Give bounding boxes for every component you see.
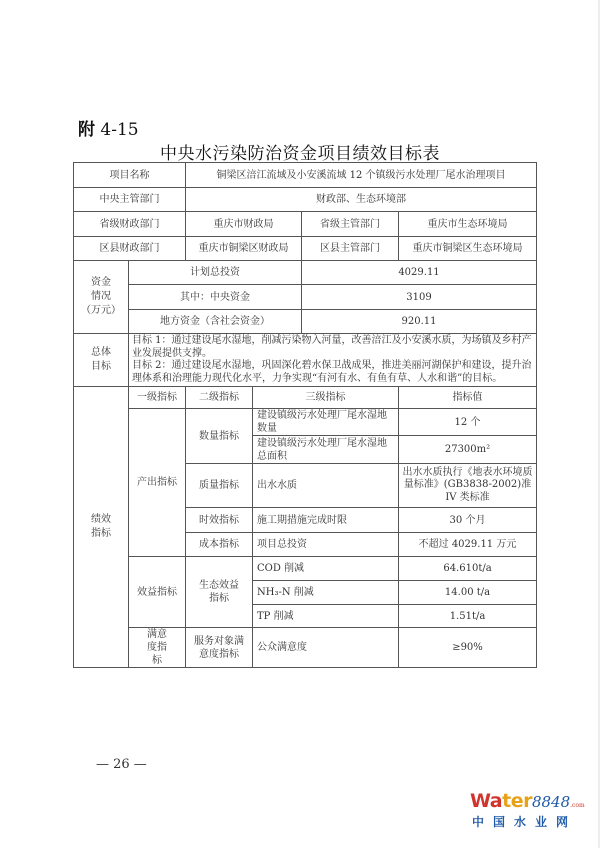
performance-header-row: 绩效 指标 一级指标 二级指标 三级指标 指标值: [74, 387, 537, 409]
annex-number: 4-15: [100, 120, 138, 140]
prov-finance-value: 重庆市财政局: [186, 212, 302, 237]
benefit-indicator-label: 效益指标: [129, 557, 186, 628]
indicator-text: 项目总投资: [253, 533, 399, 557]
prov-dept-label: 省级主管部门: [302, 212, 399, 237]
row-county: 区县财政部门 重庆市铜梁区财政局 区县主管部门 重庆市铜梁区生态环境局: [74, 237, 537, 261]
funding-section-label: 资金 情况 （万元）: [74, 261, 129, 334]
logo-suffix: .com: [570, 802, 585, 809]
row-central-dept: 中央主管部门 财政部、生态环境部: [74, 188, 537, 212]
prov-finance-label: 省级财政部门: [74, 212, 186, 237]
overall-goal-label: 总体 目标: [74, 334, 129, 387]
cost-indicator-label: 成本指标: [186, 533, 253, 557]
project-name-value: 铜梁区涪江流域及小安溪流域 12 个镇级污水处理厂尾水治理项目: [186, 163, 537, 188]
funding-label-line2: 情况: [78, 290, 124, 304]
funding-label-line3: （万元）: [78, 304, 124, 318]
logo-chinese: 中国水业网: [470, 813, 595, 830]
county-finance-value: 重庆市铜梁区财政局: [186, 237, 302, 261]
indicator-value: 30 个月: [399, 508, 537, 533]
logo-number: 8848: [532, 793, 570, 811]
annex-label: 附 4-15: [78, 115, 139, 140]
indicator-text: 出水水质: [253, 464, 399, 508]
county-dept-value: 重庆市铜梁区生态环境局: [399, 237, 537, 261]
satisfaction-indicator-label: 满意度指标: [129, 628, 186, 668]
goal-label-line1: 总体: [78, 346, 124, 360]
goal-1: 目标 1：通过建设尾水湿地，削减污染物入河量，改善涪江及小安溪水质，为场镇及乡村…: [132, 335, 533, 360]
quality-indicator-label: 质量指标: [186, 464, 253, 508]
performance-section-label: 绩效 指标: [74, 387, 129, 668]
timeliness-indicator-label: 时效指标: [186, 508, 253, 533]
indicator-text: COD 削减: [253, 557, 399, 581]
funding-row-central: 其中：中央资金 3109: [74, 285, 537, 310]
logo-text-part1: Wa: [470, 790, 502, 812]
indicator-value: 64.610t/a: [399, 557, 537, 581]
perf-label-line2: 指标: [78, 527, 124, 541]
prov-dept-value: 重庆市生态环境局: [399, 212, 537, 237]
page-number: — 26 —: [96, 757, 147, 772]
overall-goal-text: 目标 1：通过建设尾水湿地，削减污染物入河量，改善涪江及小安溪水质，为场镇及乡村…: [129, 334, 537, 387]
annex-prefix: 附: [78, 120, 95, 140]
indicator-text: TP 削减: [253, 605, 399, 628]
overall-goal-row: 总体 目标 目标 1：通过建设尾水湿地，削减污染物入河量，改善涪江及小安溪水质，…: [74, 334, 537, 387]
funding-row-local: 地方资金（含社会资金） 920.11: [74, 310, 537, 334]
output-indicator-label: 产出指标: [129, 409, 186, 557]
performance-target-table: 项目名称 铜梁区涪江流域及小安溪流域 12 个镇级污水处理厂尾水治理项目 中央主…: [73, 162, 537, 668]
indicator-value: 27300m²: [399, 436, 537, 464]
eco-benefit-label: 生态效益指标: [186, 557, 253, 628]
project-name-label: 项目名称: [74, 163, 186, 188]
header-level3: 三级指标: [253, 387, 399, 409]
indicator-value: 14.00 t/a: [399, 581, 537, 605]
funding-value: 4029.11: [302, 261, 537, 285]
header-level1: 一级指标: [129, 387, 186, 409]
central-dept-label: 中央主管部门: [74, 188, 186, 212]
indicator-value: 出水水质执行《地表水环境质量标准》(GB3838-2002)准 IV 类标准: [399, 464, 537, 508]
funding-label-line1: 资金: [78, 276, 124, 290]
quantity-row-1: 产出指标 数量指标 建设镇级污水处理厂尾水湿地数量 12 个: [74, 409, 537, 436]
goal-label-line2: 目标: [78, 360, 124, 374]
row-project-name: 项目名称 铜梁区涪江流域及小安溪流域 12 个镇级污水处理厂尾水治理项目: [74, 163, 537, 188]
indicator-text: 公众满意度: [253, 628, 399, 668]
indicator-value: 不超过 4029.11 万元: [399, 533, 537, 557]
eco-row-cod: 效益指标 生态效益指标 COD 削减 64.610t/a: [74, 557, 537, 581]
indicator-value: ≥90%: [399, 628, 537, 668]
county-dept-label: 区县主管部门: [302, 237, 399, 261]
indicator-value: 12 个: [399, 409, 537, 436]
funding-value: 920.11: [302, 310, 537, 334]
funding-label: 其中：中央资金: [129, 285, 302, 310]
logo-text-part2: ter: [502, 790, 532, 812]
funding-row-total: 资金 情况 （万元） 计划总投资 4029.11: [74, 261, 537, 285]
perf-label-line1: 绩效: [78, 513, 124, 527]
county-finance-label: 区县财政部门: [74, 237, 186, 261]
indicator-text: 施工期措施完成时限: [253, 508, 399, 533]
indicator-text: 建设镇级污水处理厂尾水湿地数量: [253, 409, 399, 436]
funding-label: 地方资金（含社会资金）: [129, 310, 302, 334]
watermark-logo: Water8848.com 中国水业网: [470, 790, 595, 830]
quantity-indicator-label: 数量指标: [186, 409, 253, 464]
service-satisfaction-label: 服务对象满意度指标: [186, 628, 253, 668]
indicator-value: 1.51t/a: [399, 605, 537, 628]
satisfaction-row: 满意度指标 服务对象满意度指标 公众满意度 ≥90%: [74, 628, 537, 668]
funding-label: 计划总投资: [129, 261, 302, 285]
indicator-text: NH₃-N 削减: [253, 581, 399, 605]
central-dept-value: 财政部、生态环境部: [186, 188, 537, 212]
header-level2: 二级指标: [186, 387, 253, 409]
row-provincial: 省级财政部门 重庆市财政局 省级主管部门 重庆市生态环境局: [74, 212, 537, 237]
goal-2: 目标 2：通过建设尾水湿地，巩固深化碧水保卫战成果，推进美丽河湖保护和建设，提升…: [132, 360, 533, 385]
header-value: 指标值: [399, 387, 537, 409]
page-title: 中央水污染防治资金项目绩效目标表: [0, 139, 600, 164]
indicator-text: 建设镇级污水处理厂尾水湿地总面积: [253, 436, 399, 464]
funding-value: 3109: [302, 285, 537, 310]
